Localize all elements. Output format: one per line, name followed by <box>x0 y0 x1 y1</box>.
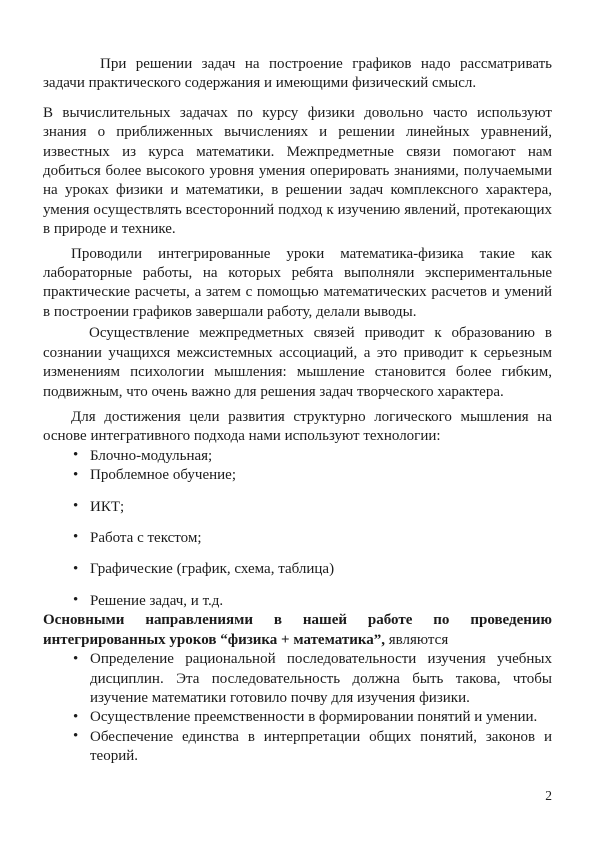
paragraph-4: Осуществление межпредметных связей приво… <box>43 324 552 402</box>
bullet-icon: • <box>73 528 78 547</box>
document-page: При решении задач на построение графиков… <box>0 0 595 842</box>
bullet-icon: • <box>73 497 78 516</box>
bullet-icon: • <box>73 708 78 727</box>
page-number: 2 <box>545 788 552 804</box>
bullet-icon: • <box>73 466 78 485</box>
list-item: • ИКТ; <box>43 498 552 517</box>
list-item-label: Осуществление преемственности в формиров… <box>90 709 537 725</box>
paragraph-2: В вычислительных задачах по курсу физики… <box>43 104 552 240</box>
paragraph-3: Проводили интегрированные уроки математи… <box>43 245 552 323</box>
list-item-label: Проблемное обучение; <box>90 467 236 483</box>
list-item: • Блочно-модульная; <box>43 447 552 466</box>
bullet-icon: • <box>73 446 78 465</box>
paragraph-1: При решении задач на построение графиков… <box>43 55 552 94</box>
list-item-label: Графические (график, схема, таблица) <box>90 561 334 577</box>
bullet-icon: • <box>73 727 78 746</box>
section-heading-regular: являются <box>389 632 448 648</box>
technologies-list: • Блочно-модульная; • Проблемное обучени… <box>43 447 552 611</box>
list-item: • Проблемное обучение; <box>43 466 552 485</box>
bullet-icon: • <box>73 591 78 610</box>
list-item-label: ИКТ; <box>90 499 124 515</box>
list-item: • Графические (график, схема, таблица) <box>43 560 552 579</box>
list-item-label: Работа с текстом; <box>90 530 202 546</box>
list-item-label: Блочно-модульная; <box>90 448 212 464</box>
section-heading-bold: Основными направлениями в нашей работе п… <box>43 612 552 648</box>
list-item-label: Решение задач, и т.д. <box>90 593 223 609</box>
bullet-icon: • <box>73 650 78 669</box>
bullet-icon: • <box>73 560 78 579</box>
list-item: • Работа с текстом; <box>43 529 552 548</box>
paragraph-5: Для достижения цели развития структурно … <box>43 408 552 447</box>
list-item: • Решение задач, и т.д. <box>43 592 552 611</box>
list-item: • Обеспечение единства в интерпретации о… <box>43 728 552 767</box>
list-item-label: Определение рациональной последовательно… <box>90 651 552 706</box>
section-heading: Основными направлениями в нашей работе п… <box>43 611 552 650</box>
page-content: При решении задач на построение графиков… <box>43 0 552 767</box>
list-item: • Определение рациональной последователь… <box>43 650 552 708</box>
list-item: • Осуществление преемственности в формир… <box>43 708 552 727</box>
list-item-label: Обеспечение единства в интерпретации общ… <box>90 729 552 764</box>
directions-list: • Определение рациональной последователь… <box>43 650 552 766</box>
